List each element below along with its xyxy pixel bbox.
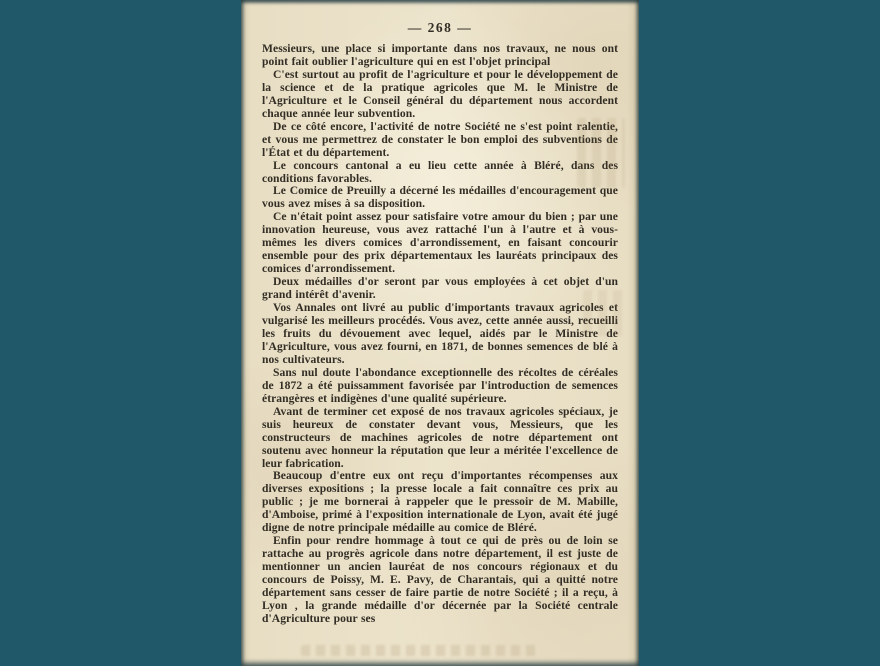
paragraph: Deux médailles d'or seront par vous empl… bbox=[262, 276, 618, 302]
paragraph: Sans nul doute l'abondance exceptionnell… bbox=[262, 367, 618, 406]
paragraph: De ce côté encore, l'activité de notre S… bbox=[262, 121, 618, 160]
page-number-header: — 268 — bbox=[241, 0, 639, 36]
paragraph: Ce n'était point assez pour satisfaire v… bbox=[262, 211, 618, 276]
paragraph: Le concours cantonal a eu lieu cette ann… bbox=[262, 160, 618, 186]
paragraph: C'est surtout au profit de l'agriculture… bbox=[262, 69, 618, 121]
viewer-background: — 268 — Messieurs, une place si importan… bbox=[0, 0, 880, 666]
paragraph: Messieurs, une place si importante dans … bbox=[262, 43, 618, 69]
showthrough-ghosting bbox=[301, 645, 541, 656]
page-text: Messieurs, une place si importante dans … bbox=[262, 43, 618, 626]
scanned-page: — 268 — Messieurs, une place si importan… bbox=[241, 0, 639, 666]
paragraph: Le Comice de Preuilly a décerné les méda… bbox=[262, 185, 618, 211]
paragraph: Vos Annales ont livré au public d'import… bbox=[262, 302, 618, 367]
paragraph: Avant de terminer cet exposé de nos trav… bbox=[262, 406, 618, 471]
paragraph: Beaucoup d'entre eux ont reçu d'importan… bbox=[262, 470, 618, 535]
paragraph: Enfin pour rendre hommage à tout ce qui … bbox=[262, 535, 618, 626]
